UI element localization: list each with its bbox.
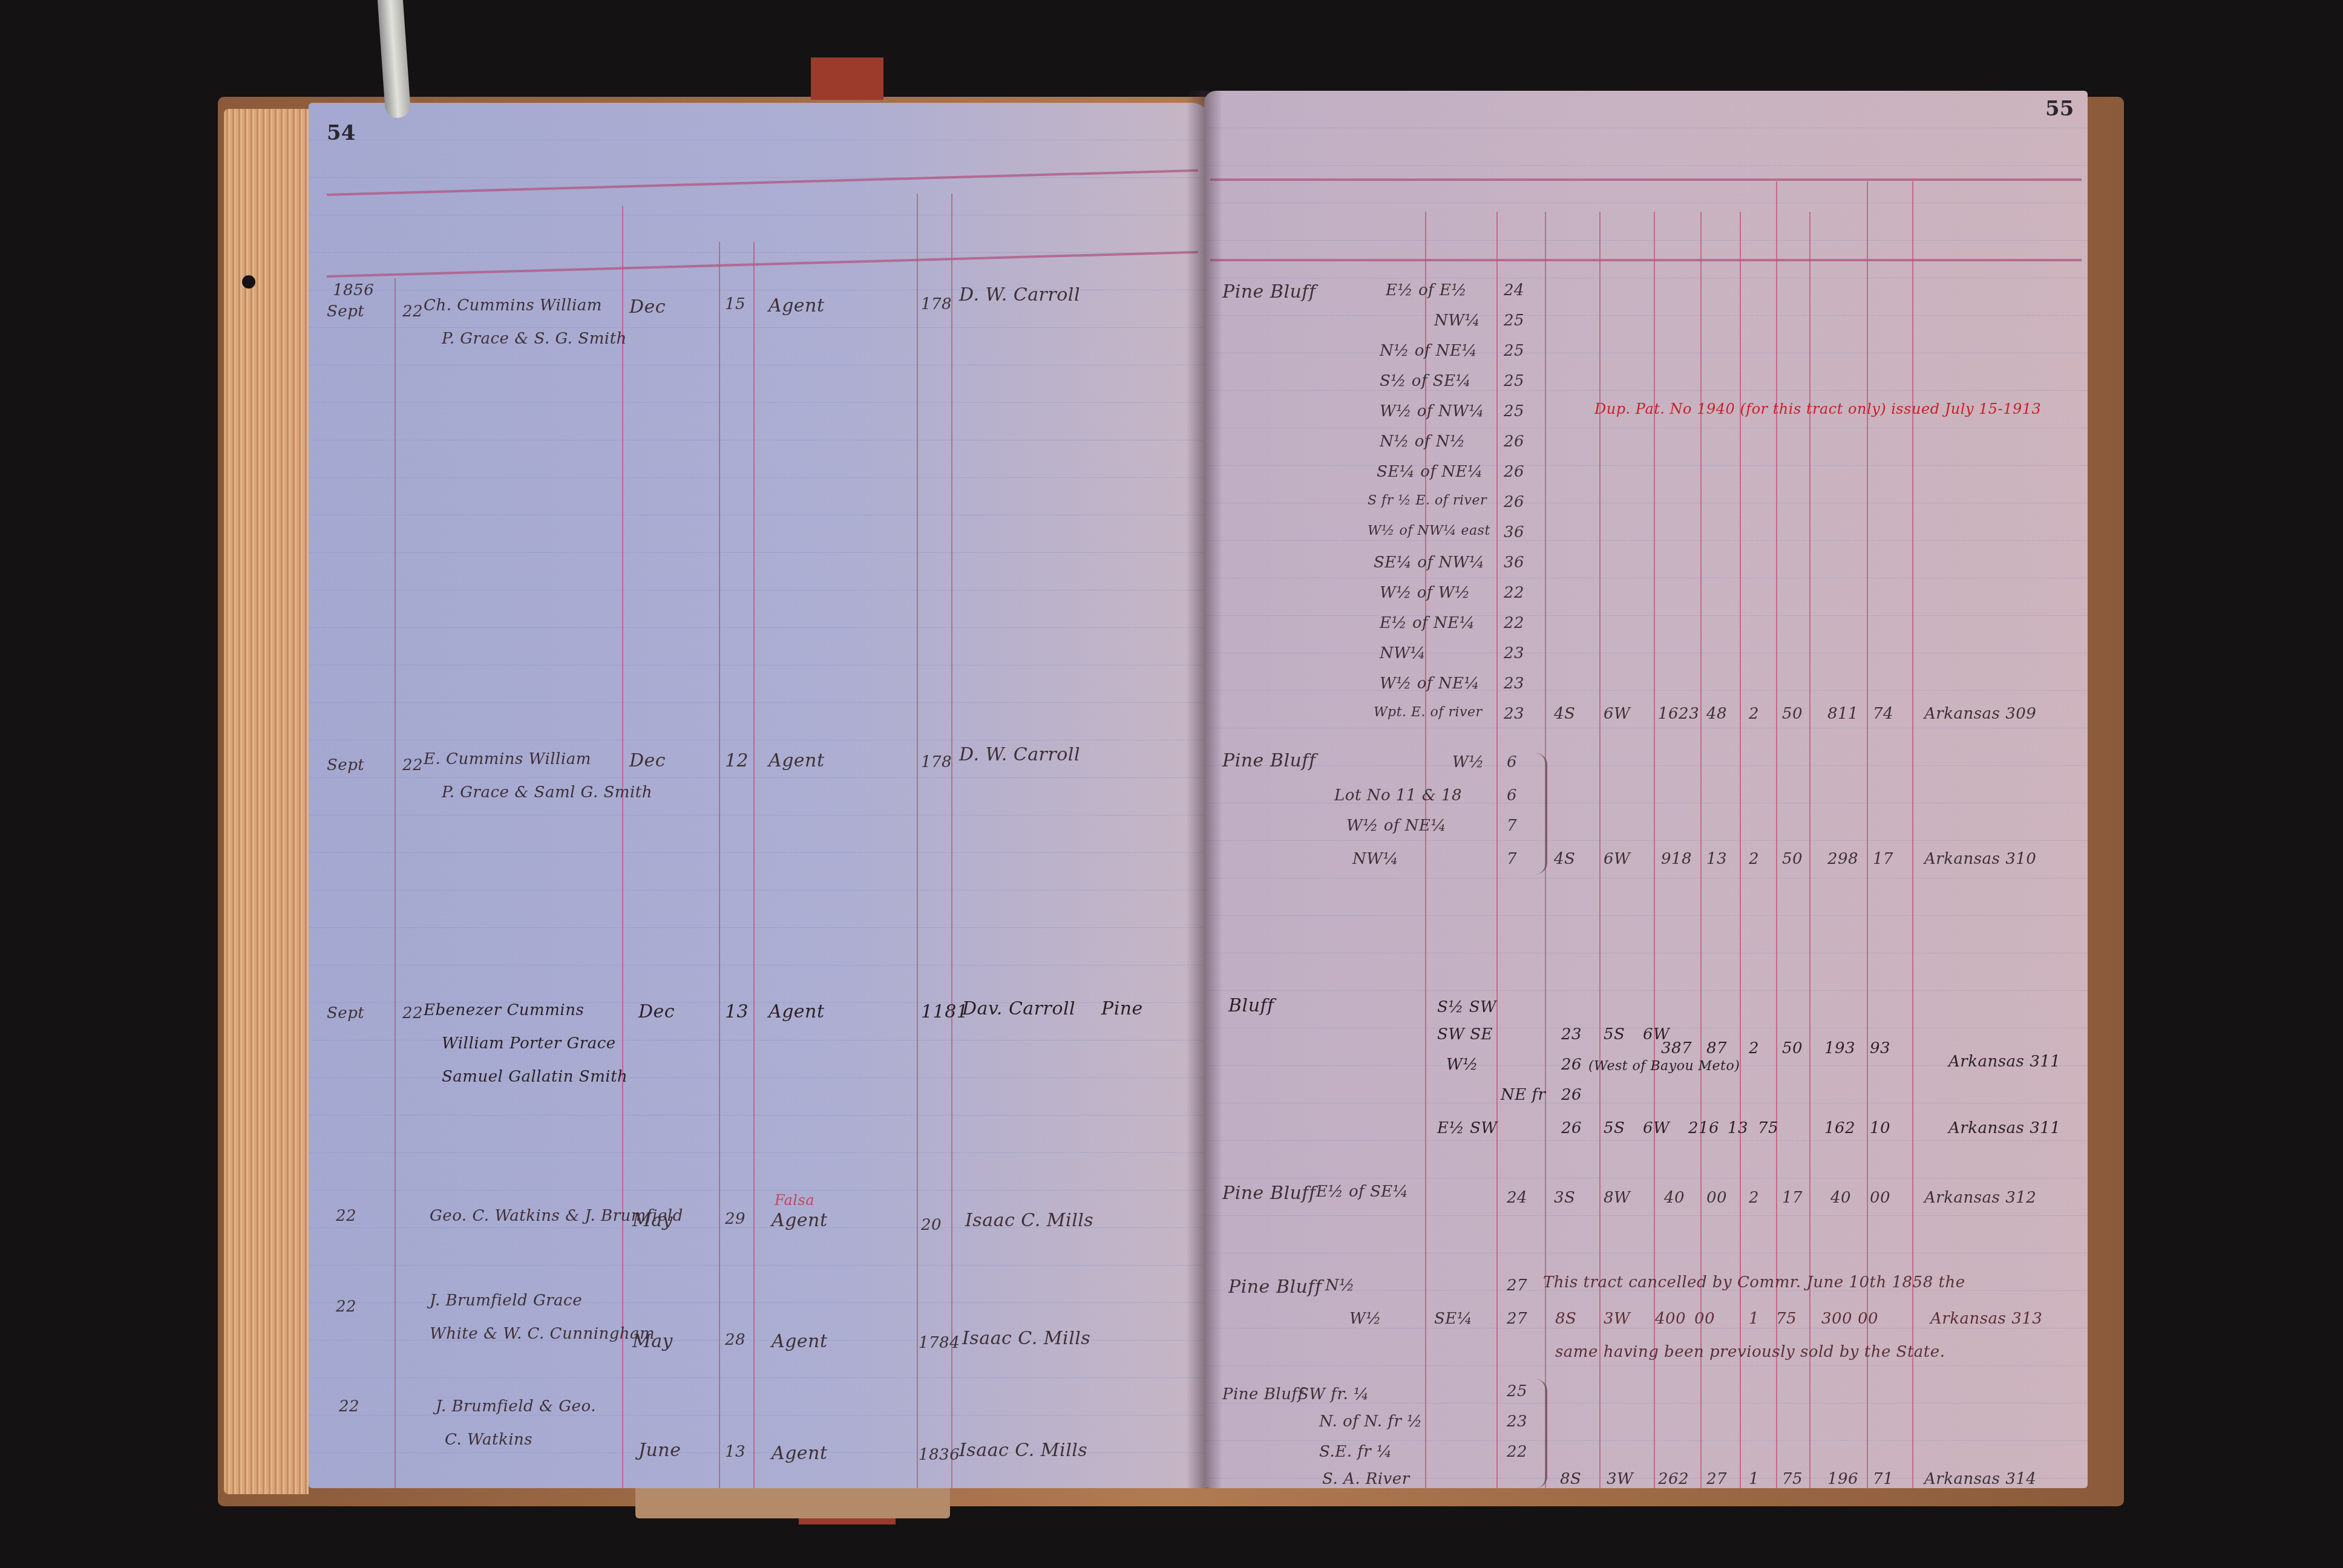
book-gutter: [1186, 91, 1222, 1488]
entry-day2: 15: [725, 295, 745, 313]
tract-section: 6: [1507, 786, 1517, 805]
tract-desc: E½ of NE¼: [1380, 614, 1475, 632]
tract-desc: Wpt. E. of river: [1374, 705, 1482, 720]
acres: 918: [1661, 850, 1692, 868]
entry-day2: 29: [725, 1210, 745, 1228]
entrant-name: J. Brumfield & Geo.: [436, 1397, 596, 1416]
entry-day: 22: [336, 1298, 356, 1316]
tract-section: 22: [1507, 1443, 1527, 1461]
header-rule-bottom: [327, 251, 1198, 278]
state-reference: Arkansas 314: [1924, 1470, 2036, 1488]
tract-section: 27: [1507, 1310, 1527, 1328]
header-rule-top: [1210, 178, 2082, 181]
entry-month: Sept: [327, 1004, 364, 1022]
tract-section: 24: [1507, 1189, 1527, 1207]
entry-number: 1181: [921, 1001, 968, 1022]
tract-section: 25: [1504, 372, 1524, 390]
tract-desc: E½ SW: [1437, 1119, 1497, 1137]
tract-desc: SW fr. ¼: [1298, 1385, 1369, 1403]
township: 8S: [1560, 1470, 1581, 1488]
tract-desc: W½ of NW¼ east: [1368, 523, 1490, 538]
tract-section: 23: [1504, 675, 1524, 693]
tract-desc: Lot No 11 & 18: [1334, 786, 1462, 805]
land-office-place: Pine Bluff: [1222, 750, 1316, 771]
acres: 1623: [1658, 705, 1699, 723]
cover-spine-red-top: [811, 57, 883, 100]
tract-desc: SE¼ of NE¼: [1377, 463, 1483, 481]
range: 3W: [1604, 1310, 1630, 1328]
cancellation-note: same having been previously sold by the …: [1555, 1343, 1945, 1361]
state-reference: Arkansas 309: [1924, 705, 2036, 723]
tract-desc: W½: [1446, 1056, 1478, 1074]
entry-month: Sept: [327, 756, 364, 774]
tract-section: 25: [1507, 1382, 1527, 1400]
state-reference: Arkansas 313: [1930, 1310, 2042, 1328]
entry-day: 22: [336, 1207, 356, 1225]
entrant-name: White & W. C. Cunningham: [430, 1325, 655, 1343]
page-number: 54: [327, 121, 355, 145]
state-reference: Arkansas 311: [1948, 1119, 2060, 1137]
tract-desc: N½ of NE¼: [1380, 342, 1477, 360]
tract-desc: S.E. fr ¼: [1319, 1443, 1392, 1461]
amount-cents: 17: [1873, 850, 1893, 868]
header-rule-top: [327, 169, 1198, 196]
tract-desc: N½ of N½: [1380, 433, 1466, 451]
bracket: [1536, 753, 1547, 874]
amount-cents: 93: [1870, 1039, 1890, 1057]
col-rule: [395, 278, 396, 1488]
entry-number: 1836: [919, 1446, 960, 1464]
entry-number: 178: [921, 295, 952, 313]
rate-cents: 50: [1782, 850, 1803, 868]
tract-section: 22: [1504, 584, 1524, 602]
tract-section: 26: [1504, 493, 1524, 511]
acres: 400: [1655, 1310, 1686, 1328]
entry-day2: 28: [725, 1331, 745, 1349]
rate: 2: [1749, 850, 1759, 868]
acres-fraction: 00: [1694, 1310, 1715, 1328]
entry-number: 20: [921, 1216, 942, 1234]
entry-role: Agent: [772, 1331, 828, 1352]
entry-number: 1784: [919, 1334, 960, 1352]
tract-desc: SW SE: [1437, 1025, 1493, 1044]
amount: 162: [1824, 1119, 1855, 1137]
tract-section: 24: [1504, 281, 1524, 299]
tract-section: 23: [1507, 1413, 1527, 1431]
range: 3W: [1607, 1470, 1633, 1488]
agent-name: Isaac C. Mills: [959, 1440, 1087, 1461]
acres-fraction: 13: [1728, 1119, 1748, 1137]
col-rule: [622, 206, 623, 1488]
entry-month2: June: [638, 1440, 681, 1461]
acres: 262: [1658, 1470, 1689, 1488]
land-office-place: Pine Bluff: [1222, 1183, 1316, 1204]
tract-desc: E½ of SE¼: [1316, 1183, 1408, 1201]
rate-cents: 50: [1782, 705, 1803, 723]
range: 6W: [1604, 850, 1630, 868]
acres: 387: [1661, 1039, 1692, 1057]
tract-desc: SE¼ of NW¼: [1374, 554, 1484, 572]
tract-desc: NW¼: [1352, 850, 1398, 868]
col-rule: [1496, 212, 1498, 1488]
state-reference: Arkansas 311: [1948, 1053, 2060, 1071]
col-rule: [1912, 181, 1913, 1488]
tract-note: (West of Bayou Meto): [1588, 1059, 1740, 1074]
township: 5S: [1604, 1119, 1625, 1137]
township: 5S: [1604, 1025, 1625, 1044]
tract-desc: W½: [1349, 1310, 1381, 1328]
tract-section: 25: [1504, 342, 1524, 360]
tract-section: 7: [1507, 817, 1517, 835]
amount: 193: [1824, 1039, 1855, 1057]
entry-role: Agent: [772, 1210, 828, 1231]
tract-section: 36: [1504, 554, 1524, 572]
entry-day: 22: [339, 1397, 359, 1416]
tract-section: 23: [1561, 1025, 1582, 1044]
rate: 2: [1749, 1039, 1759, 1057]
tract-desc: N½: [1325, 1276, 1355, 1295]
right-page: 55 Pine Bluff E½ of E½ 24 NW¼ 25 N½ of N…: [1204, 91, 2088, 1488]
entry-month2: Dec: [629, 750, 666, 771]
land-office-place: Pine Bluff: [1222, 281, 1316, 302]
entry-role: Agent: [772, 1443, 828, 1464]
township: 4S: [1554, 705, 1575, 723]
tract-desc: NW¼: [1380, 644, 1426, 662]
entry-day: 22: [402, 756, 423, 774]
tract-desc: N. of N. fr ½: [1319, 1413, 1423, 1431]
rate-cents: 75: [1776, 1310, 1797, 1328]
tract-section: 25: [1504, 402, 1524, 420]
amount-cents: 71: [1873, 1470, 1893, 1488]
amount: 40: [1830, 1189, 1851, 1207]
entrant-name: P. Grace & Saml G. Smith: [442, 783, 652, 802]
tract-section: 26: [1561, 1056, 1582, 1074]
township: 3S: [1554, 1189, 1575, 1207]
entrant-name: E. Cummins William: [424, 750, 591, 768]
tract-subdivision: SE¼: [1434, 1310, 1473, 1328]
acres-fraction: 27: [1706, 1470, 1727, 1488]
entry-month2: May: [632, 1331, 673, 1352]
entry-month2: Dec: [638, 1001, 675, 1022]
left-page: 54 1856 Sept 22 Ch. Cummins William P. G…: [309, 103, 1210, 1488]
entry-role: Agent: [768, 750, 825, 771]
rate-cents: 75: [1782, 1470, 1803, 1488]
col-rule: [719, 242, 720, 1488]
col-rule: [753, 242, 755, 1488]
col-rule: [951, 194, 952, 1488]
township: 8S: [1555, 1310, 1576, 1328]
tract-desc: S fr ½ E. of river: [1368, 493, 1487, 508]
entry-day: 22: [402, 1004, 423, 1022]
tract-section: 26: [1504, 463, 1524, 481]
entry-role: Agent: [768, 1001, 825, 1022]
entry-year: 1856: [333, 281, 374, 299]
amount: 300: [1821, 1310, 1852, 1328]
agent-name: Dav. Carroll: [962, 998, 1075, 1019]
entrant-name: Ch. Cummins William: [424, 296, 602, 315]
acres-fraction: 13: [1706, 850, 1727, 868]
tract-desc: W½ of NE¼: [1380, 675, 1480, 693]
tract-section: 26: [1504, 433, 1524, 451]
tract-desc: NW¼: [1434, 312, 1480, 330]
amount-cents: 74: [1873, 705, 1893, 723]
amount-cents: 10: [1870, 1119, 1890, 1137]
entry-day2: 13: [725, 1001, 749, 1022]
rate: 2: [1749, 705, 1759, 723]
amount: 298: [1827, 850, 1858, 868]
entry-month: Sept: [327, 302, 364, 321]
state-reference: Arkansas 312: [1924, 1189, 2036, 1207]
entrant-name: J. Brumfield Grace: [430, 1292, 582, 1310]
entrant-name: Samuel Gallatin Smith: [442, 1068, 628, 1086]
tract-desc: S½ SW: [1437, 998, 1496, 1016]
tract-desc: S. A. River: [1322, 1470, 1410, 1488]
acres: 40: [1664, 1189, 1685, 1207]
col-rule: [1776, 181, 1777, 1488]
col-rule: [1867, 181, 1868, 1488]
land-office-place: Bluff: [1228, 995, 1274, 1016]
col-rule: [917, 194, 918, 1488]
entry-month2: May: [632, 1210, 673, 1231]
entry-month2: Dec: [629, 296, 666, 318]
tract-section: 23: [1504, 644, 1524, 662]
rate: 2: [1749, 1189, 1759, 1207]
header-rule-bottom: [1210, 259, 2082, 261]
duplicate-patent-note: Dup. Pat. No 1940 (for this tract only) …: [1594, 400, 2041, 417]
tract-section: 26: [1561, 1086, 1582, 1104]
tract-section: 26: [1561, 1119, 1582, 1137]
amount-cents: 00: [1870, 1189, 1890, 1207]
tract-desc: W½: [1452, 753, 1484, 771]
state-reference: Arkansas 310: [1924, 850, 2036, 868]
range: 6W: [1643, 1119, 1670, 1137]
entry-role: Agent: [768, 295, 825, 316]
amount: 811: [1827, 705, 1858, 723]
land-office-place: Pine Bluff: [1222, 1385, 1304, 1403]
entry-day: 22: [402, 302, 423, 321]
range: 8W: [1604, 1189, 1630, 1207]
tract-section: 22: [1504, 614, 1524, 632]
tract-desc: W½ of NE¼: [1346, 817, 1446, 835]
entry-number: 178: [921, 753, 952, 771]
agent-name: Isaac C. Mills: [962, 1328, 1090, 1349]
tract-section: 25: [1504, 312, 1524, 330]
acres-fraction: 48: [1706, 705, 1727, 723]
amount: 196: [1827, 1470, 1858, 1488]
entry-day2: 12: [725, 750, 749, 771]
entry-role-note: Falsa: [775, 1192, 814, 1209]
acres: 216: [1688, 1119, 1719, 1137]
entrant-name: P. Grace & S. G. Smith: [442, 330, 627, 348]
binding-hole: [242, 275, 255, 289]
tract-section: 23: [1504, 705, 1524, 723]
agent-name: D. W. Carroll: [959, 284, 1080, 305]
rate-cents: 17: [1782, 1189, 1803, 1207]
rate: 75: [1758, 1119, 1778, 1137]
tract-desc: S½ of SE¼: [1380, 372, 1471, 390]
acres-fraction: 00: [1706, 1189, 1727, 1207]
page-edges-stack: [224, 109, 309, 1494]
entrant-name: William Porter Grace: [442, 1034, 616, 1053]
tract-section: 36: [1504, 523, 1524, 541]
tract-desc: W½ of W½: [1380, 584, 1470, 602]
page-number: 55: [2045, 97, 2074, 121]
cancellation-note: This tract cancelled by Commr. June 10th…: [1543, 1273, 1965, 1292]
entry-extra: Pine: [1101, 998, 1143, 1019]
tract-section: 27: [1507, 1276, 1527, 1295]
agent-name: Isaac C. Mills: [965, 1210, 1093, 1231]
township: 4S: [1554, 850, 1575, 868]
rate: 1: [1749, 1470, 1759, 1488]
acres-fraction: 87: [1706, 1039, 1727, 1057]
entry-day2: 13: [725, 1443, 745, 1461]
tract-desc: E½ of E½: [1386, 281, 1467, 299]
tract-desc: NE fr: [1501, 1086, 1546, 1104]
rate-cents: 50: [1782, 1039, 1803, 1057]
tract-desc: W½ of NW¼: [1380, 402, 1484, 420]
bracket: [1536, 1379, 1547, 1488]
agent-name: D. W. Carroll: [959, 744, 1080, 765]
land-office-place: Pine Bluff: [1228, 1276, 1322, 1298]
tract-section: 6: [1507, 753, 1517, 771]
range: 6W: [1604, 705, 1630, 723]
amount-cents: 00: [1858, 1310, 1878, 1328]
rate: 1: [1749, 1310, 1759, 1328]
tract-section: 7: [1507, 850, 1517, 868]
entrant-name: Ebenezer Cummins: [424, 1001, 584, 1019]
entrant-name: C. Watkins: [445, 1431, 532, 1449]
